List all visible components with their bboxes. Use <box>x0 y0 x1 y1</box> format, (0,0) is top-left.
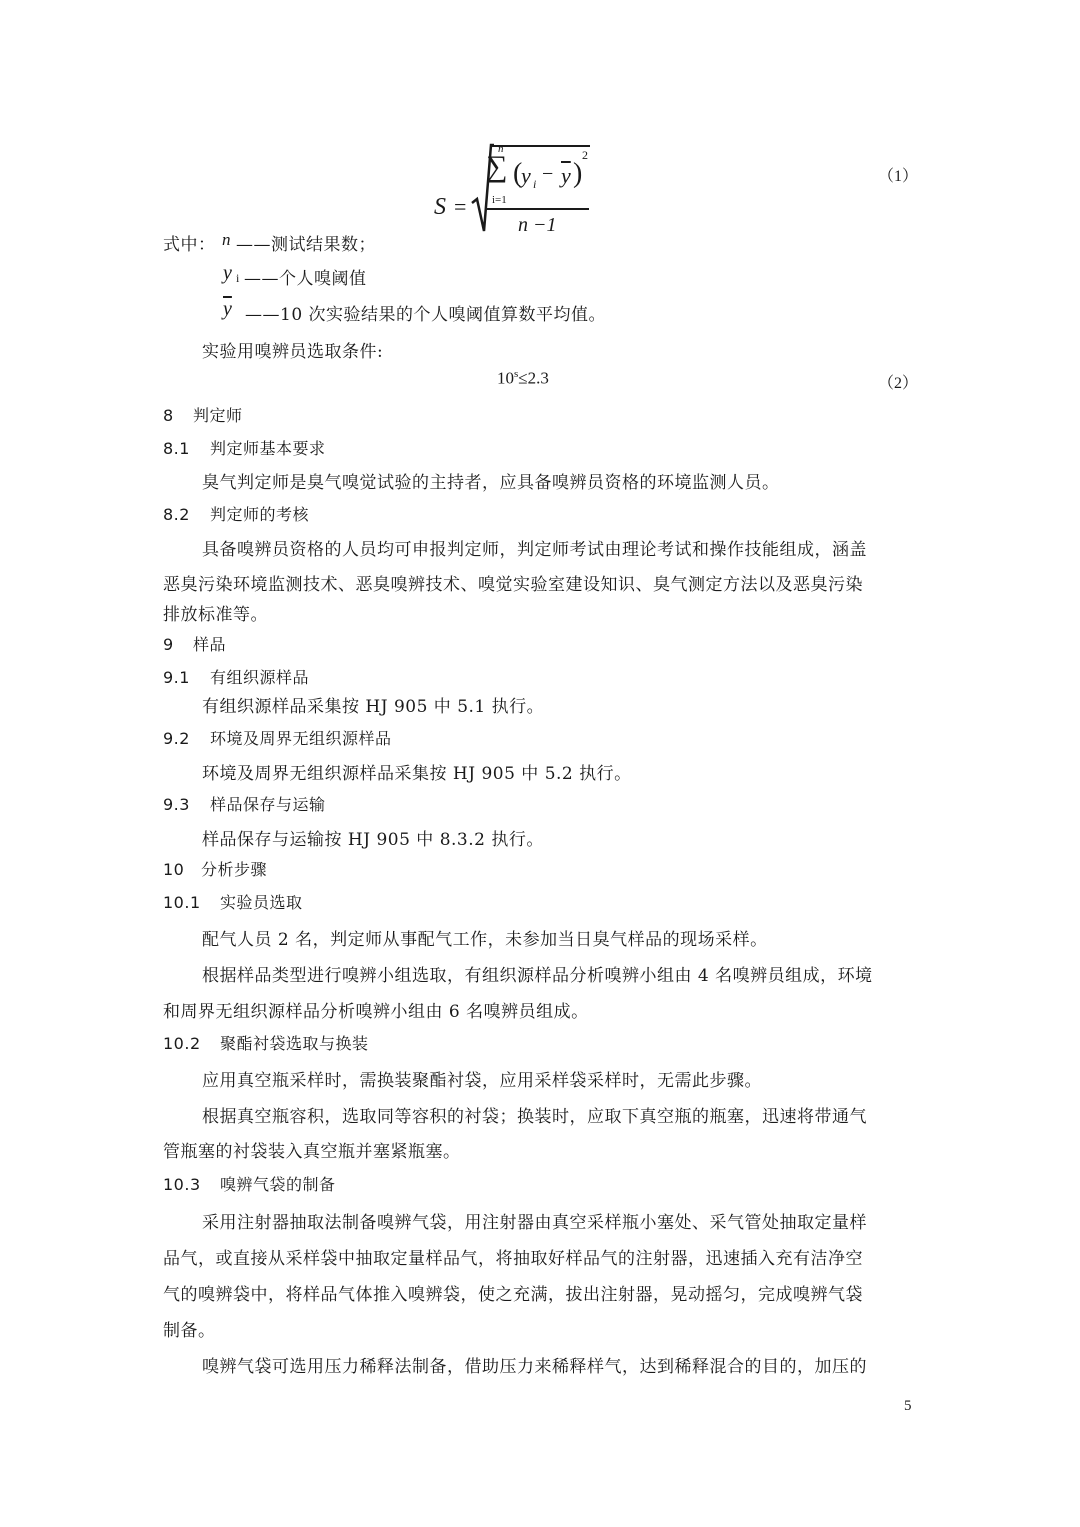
condition-formula: 10s≤2.3 <box>497 368 549 389</box>
section-heading-8-2: 8.2判定师的考核 <box>163 502 309 525</box>
sqrt-bar <box>492 145 590 147</box>
term-y: y <box>521 163 531 189</box>
paragraph-10-2a: 应用真空瓶采样时，需换装聚酯衬袋，应用采样袋采样时，无需此步骤。 <box>202 1066 762 1091</box>
formula-lhs: S <box>434 194 446 221</box>
yi-symbol: y <box>223 262 232 285</box>
section-heading-10-3: 10.3嗅辨气袋的制备 <box>163 1172 336 1195</box>
sum-symbol: ∑ <box>486 150 507 184</box>
formula-base: 10 <box>497 369 514 388</box>
section-heading-10: 10分析步骤 <box>163 857 267 880</box>
section-heading-10-2: 10.2聚酯衬袋选取与换装 <box>163 1031 369 1054</box>
page-number: 5 <box>904 1398 912 1415</box>
section-heading-9-2: 9.2环境及周界无组织源样品 <box>163 726 392 749</box>
denominator: n −1 <box>518 214 557 237</box>
paragraph-8-1: 臭气判定师是臭气嗅觉试验的主持者，应具备嗅辨员资格的环境监测人员。 <box>202 468 780 493</box>
section-heading-9-3: 9.3样品保存与运输 <box>163 792 326 815</box>
paragraph-9-3: 样品保存与运输按 HJ 905 中 8.3.2 执行。 <box>202 825 544 850</box>
ybar-desc: ——10 次实验结果的个人嗅阈值算数平均值。 <box>245 300 606 325</box>
equation-number-1: （1） <box>878 163 918 186</box>
condition-label: 实验用嗅辨员选取条件: <box>202 337 383 362</box>
section-heading-8-1: 8.1判定师基本要求 <box>163 436 326 459</box>
fraction-line <box>487 208 589 210</box>
formula-rest: ≤2.3 <box>518 369 549 388</box>
section-heading-9: 9样品 <box>163 632 226 655</box>
section-heading-9-1: 9.1有组织源样品 <box>163 665 309 688</box>
sum-upper: n <box>498 143 504 155</box>
term-exponent: 2 <box>582 148 588 163</box>
term-sub: i <box>533 177 536 192</box>
ybar-symbol: y <box>223 298 232 321</box>
section-heading-8: 8判定师 <box>163 403 243 426</box>
definitions-intro: 式中： <box>163 230 216 255</box>
equation-number-2: （2） <box>878 370 918 393</box>
term-close: ) <box>573 158 582 190</box>
yi-sub: i <box>236 271 239 286</box>
section-heading-10-1: 10.1实验员选取 <box>163 890 303 913</box>
n-symbol: n <box>222 230 231 250</box>
paragraph-10-1a: 配气人员 2 名，判定师从事配气工作，未参加当日臭气样品的现场采样。 <box>202 925 768 950</box>
n-desc: ——测试结果数； <box>236 230 376 255</box>
term-ybar: y <box>561 163 571 189</box>
paragraph-9-2: 环境及周界无组织源样品采集按 HJ 905 中 5.2 执行。 <box>202 759 632 784</box>
paragraph-9-1: 有组织源样品采集按 HJ 905 中 5.1 执行。 <box>202 692 544 717</box>
yi-desc: ——个人嗅阈值 <box>244 264 367 289</box>
formula-equals: = <box>454 194 466 220</box>
term-minus: − <box>542 163 553 186</box>
sum-lower: i=1 <box>492 194 507 206</box>
paragraph-10-3b: 嗅辨气袋可选用压力稀释法制备，借助压力来稀释样气，达到稀释混合的目的，加压的 <box>202 1352 867 1377</box>
